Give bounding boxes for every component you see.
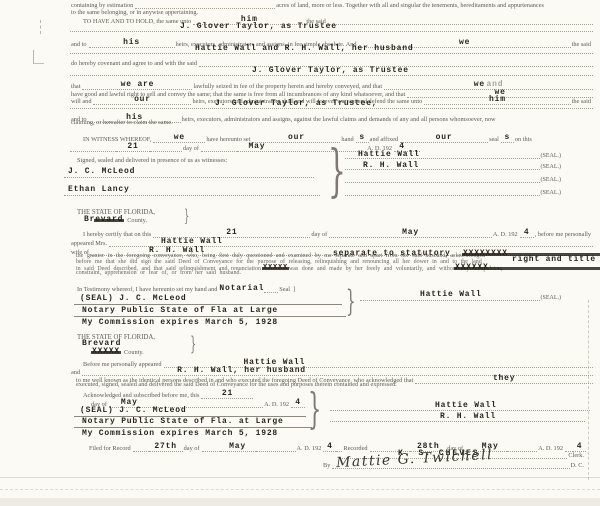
form-line-to-have: TO HAVE AND TO HOLD, the same unto him t… [82, 15, 593, 25]
typed-fill: May [229, 443, 246, 451]
overtype-strikeout-2: XXXXXX [455, 264, 600, 272]
scan-fold-line-2 [0, 489, 600, 490]
seal-line-4: (SEAL.) [345, 190, 563, 196]
ack-body-line-4: constraint, apprehension or fear of, or … [75, 270, 243, 276]
deputy-clerk-label: D. C. [570, 462, 586, 469]
typed-county-strikeout: XXXXX [92, 348, 120, 356]
printed-text: claiming, or hereafter to claim the same… [70, 119, 175, 126]
commission-line-1: My Commission expires March 5, 1928 [82, 319, 278, 327]
printed-text: executed, signed, sealed and delivered t… [75, 381, 399, 388]
printed-text: and to [70, 41, 89, 48]
printed-text: Filed for Record [88, 445, 133, 452]
county-line-2: XXXXX County. [92, 348, 146, 356]
typed-fill: our [134, 96, 151, 104]
typed-fill: 4 [524, 229, 530, 237]
witness-clause-label: Signed, sealed and delivered in presence… [76, 157, 229, 164]
typed-fill: 21 [222, 390, 233, 398]
notary-underline [74, 427, 312, 428]
testimony-line: In Testimony whereof, I have hereunto se… [76, 285, 297, 293]
printed-text: TO HAVE AND TO HOLD, the same unto [82, 18, 193, 25]
scan-bottom-edge [0, 498, 600, 506]
ruled-line [70, 53, 593, 54]
typed-fill: May [249, 143, 266, 151]
notary-underline [74, 316, 346, 317]
printed-text: Seal [278, 286, 292, 293]
witness-name-2: Ethan Lancy [68, 186, 130, 194]
typed-fill: 21 [226, 229, 237, 237]
leader-dots [133, 446, 149, 452]
typed-fill: we [174, 134, 185, 142]
leader-dots [150, 146, 182, 152]
typed-fill: s [359, 134, 365, 142]
typed-fill: 4 [327, 443, 333, 451]
seal-label: (SEAL.) [540, 190, 564, 196]
fill-blank-filed-year: 4 [323, 442, 336, 452]
form-line-claiming: claiming, or hereafter to claim the same… [70, 119, 175, 126]
fill-blank-year2: 4 [291, 398, 305, 408]
leader-dots [264, 287, 278, 293]
executed-line: executed, signed, sealed and delivered t… [75, 381, 399, 388]
printed-text: on this [514, 136, 534, 143]
scan-fold-line-1 [0, 477, 600, 478]
printed-text: day of [183, 445, 202, 452]
fill-blank-day-21: 21 [116, 142, 150, 152]
ruled-line [70, 31, 593, 32]
notary-brace-2: } [308, 388, 321, 430]
scan-edge-dotted-line [588, 300, 589, 480]
fill-blank-s2: s [501, 133, 514, 143]
fill-blank-rec-year: 4 [573, 442, 586, 452]
ruled-line [70, 108, 593, 109]
seal-line-1: (SEAL.) [345, 153, 563, 159]
fill-blank-they: they [415, 374, 593, 384]
typed-fill: his [123, 39, 140, 47]
filed-for-record-line: Filed for Record 27th day of May A. D. 1… [88, 442, 586, 452]
scan-margin-mark [40, 20, 41, 34]
overtype-correction-1: separate to statutory [333, 250, 451, 258]
seal-label: (SEAL.) [540, 153, 564, 159]
typed-fill: our [436, 134, 453, 142]
witness-signature-line [64, 195, 320, 196]
leader-dots [345, 190, 540, 196]
leader-dots [360, 295, 540, 301]
printed-text: day of [182, 145, 201, 152]
ack1-seal-line: (SEAL.) [360, 295, 563, 301]
notary-brace-1: } [346, 287, 356, 317]
fill-blank-him2: him [424, 95, 570, 105]
leader-dots [345, 153, 540, 159]
printed-text: the said [571, 98, 593, 105]
fill-blank-his: his [89, 38, 175, 48]
leader-dots [277, 146, 366, 152]
typed-grantee-name-2: J. Glover Taylor, as Trustee [252, 67, 409, 75]
printed-text: A. D. 192 [263, 401, 291, 408]
typed-fill: we [459, 39, 470, 47]
printed-text: In Testimony whereof, I have hereunto se… [76, 286, 219, 293]
fill-blank-month-may: May [237, 142, 277, 152]
state-brace-2: } [190, 333, 196, 353]
typed-fill: Hattie Wall [161, 238, 223, 246]
overtype-correction-2: right and title [512, 256, 596, 264]
printed-text: heirs, executors, administrators and ass… [181, 116, 498, 123]
notary-title-2: Notary Public State of Fla. at Large [82, 418, 284, 426]
leader-dots [201, 146, 237, 152]
leader-dots [345, 164, 540, 170]
clerk-label: Clerk. [567, 452, 586, 459]
fill-blank-our: our [93, 95, 191, 105]
typed-fill: 4 [577, 443, 583, 451]
seal-label: (SEAL.) [540, 164, 564, 170]
leader-dots [256, 446, 296, 452]
leader-dots [345, 177, 540, 183]
witness-signature-line [64, 177, 314, 178]
leader-dots [328, 19, 593, 25]
typed-fill: 21 [127, 143, 138, 151]
ruled-line [70, 75, 593, 76]
seal-line-3: (SEAL.) [345, 177, 563, 183]
ack2-signature-line-1 [330, 410, 590, 411]
typed-fill: they [493, 375, 515, 383]
scan-margin-bracket [33, 50, 44, 64]
typed-strikeout: XXXXX [263, 264, 288, 272]
ack2-signature-line-2 [330, 421, 585, 422]
seal-label: (SEAL.) [540, 177, 564, 183]
printed-text: the said [571, 41, 593, 48]
printed-text: By [322, 462, 332, 469]
printed-text: County. [120, 349, 146, 356]
typed-fill: May [402, 229, 419, 237]
typed-grantee-name-3: J. Glover Taylor, as Trustee, [215, 100, 377, 108]
printed-text: Recorded [342, 445, 369, 452]
notary-seal-name-1: (SEAL) J. C. McLeod [80, 295, 186, 303]
printed-text: Signed, sealed and delivered in presence… [76, 157, 229, 164]
ack2-signature-1: Hattie Wall [435, 402, 497, 410]
typed-fill: s [505, 134, 511, 142]
state-brace-1: } [184, 208, 189, 225]
fill-blank-filed-day: 27th [149, 442, 183, 452]
printed-text: seal [488, 136, 501, 143]
typed-grantee-name-1: J. Glover Taylor, as Trustee [180, 23, 337, 31]
deed-document-page: containing by estimation acres of land, … [0, 0, 600, 506]
notary-underline [74, 304, 342, 305]
notary-title-1: Notary Public State of Fla at Large [82, 307, 278, 315]
bracket-glyph: ] [292, 286, 297, 293]
printed-text: County. [123, 217, 149, 224]
printed-text: will and [70, 98, 93, 105]
printed-text: do hereby covenant and agree to and with… [70, 60, 199, 67]
typed-notarial: Notarial [219, 285, 264, 293]
fill-blank-filed-month: May [220, 442, 256, 452]
seal-label: (SEAL.) [540, 295, 564, 301]
printed-text: A. D. 192 [537, 445, 565, 452]
typed-grantors-names: Hattie Wall and R. H. Wall, her husband [195, 45, 413, 53]
printed-text: acres of land, more or less. Together wi… [275, 2, 546, 9]
printed-text: A. D. 192 [296, 445, 324, 452]
ack2-signature-2: R. H. Wall [440, 413, 496, 421]
leader-dots [202, 446, 220, 452]
typed-fill: him [489, 96, 506, 104]
typed-fill: 4 [295, 399, 301, 407]
seal-line-2: (SEAL.) [345, 164, 563, 170]
witness-name-1: J. C. McLeod [68, 168, 135, 176]
witness-brace: } [328, 144, 346, 200]
typed-fill: 27th [154, 443, 176, 451]
printed-text: constraint, apprehension or fear of, or … [75, 270, 243, 276]
typed-county-overstruck: evard [95, 216, 123, 224]
county-line-1: Brevard County. [84, 216, 149, 224]
typed-fill: our [288, 134, 305, 142]
notary-seal-name-2: (SEAL) J. C. McLeod [80, 407, 186, 415]
commission-line-2: My Commission expires March 5, 1928 [82, 430, 278, 438]
leader-dots [70, 146, 116, 152]
